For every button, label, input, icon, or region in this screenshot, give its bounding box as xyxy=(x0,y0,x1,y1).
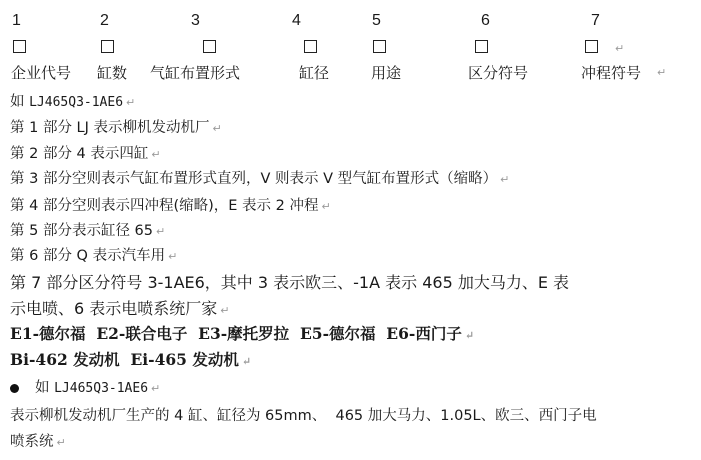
example-line: 如 LJ465Q3-1AE6↵ xyxy=(10,90,135,111)
placeholder-box-3 xyxy=(203,40,216,53)
column-label-6: 区分符号 xyxy=(468,62,528,83)
part-1-text: 第 1 部分 LJ 表示柳机发动机厂 xyxy=(10,120,210,136)
column-label-7: 冲程符号 xyxy=(581,62,641,83)
part-7-line: 第 7 部分区分符号 3-1AE6，其中 3 表示欧三、-1A 表示 465 加… xyxy=(10,270,569,293)
placeholder-box-6 xyxy=(475,40,488,53)
part-5-text: 第 5 部分表示缸径 65 xyxy=(10,223,153,239)
column-number-5: 5 xyxy=(372,12,381,30)
column-number-4: 4 xyxy=(292,12,301,30)
engine-codes-line: Bi-462 发动机 Ei-465 发动机↵ xyxy=(10,348,251,370)
placeholder-box-4 xyxy=(304,40,317,53)
part-2-line: 第 2 部分 4 表示四缸↵ xyxy=(10,142,161,163)
column-label-5: 用途 xyxy=(371,62,401,83)
paragraph-mark-icon: ↵ xyxy=(465,329,474,342)
supplier-codes-line: E1-德尔福 E2-联合电子 E3-摩托罗拉 E5-德尔福 E6-西门子↵ xyxy=(10,322,474,344)
placeholder-box-1 xyxy=(13,40,26,53)
column-number-2: 2 xyxy=(100,12,109,30)
paragraph-mark-icon: ↵ xyxy=(321,200,330,213)
part-1-line: 第 1 部分 LJ 表示柳机发动机厂↵ xyxy=(10,116,222,137)
part-6-text: 第 6 部分 Q 表示汽车用 xyxy=(10,248,165,264)
column-label-2: 缸数 xyxy=(97,62,127,83)
column-label-1: 企业代号 xyxy=(11,62,71,83)
column-label-3: 气缸布置形式 xyxy=(150,62,240,83)
paragraph-mark-icon: ↵ xyxy=(500,173,509,186)
bullet-icon xyxy=(10,384,19,393)
column-number-7: 7 xyxy=(591,12,600,30)
summary-line-continued: 喷系统↵ xyxy=(10,430,66,451)
paragraph-mark-icon: ↵ xyxy=(220,304,229,317)
paragraph-mark-icon: ↵ xyxy=(213,122,222,135)
part-5-line: 第 5 部分表示缸径 65↵ xyxy=(10,219,165,240)
paragraph-mark-icon: ↵ xyxy=(615,42,624,55)
column-label-4: 缸径 xyxy=(299,62,329,83)
part-2-text: 第 2 部分 4 表示四缸 xyxy=(10,146,148,162)
paragraph-mark-icon: ↵ xyxy=(151,148,160,161)
part-7-text-continued: 示电喷、6 表示电喷系统厂家 xyxy=(10,299,217,318)
engine-codes-text: Bi-462 发动机 Ei-465 发动机 xyxy=(10,350,239,369)
part-3-text: 第 3 部分空则表示气缸布置形式直列，V 则表示 V 型气缸布置形式（缩略） xyxy=(10,171,497,187)
paragraph-mark-icon: ↵ xyxy=(168,250,177,263)
example-code: LJ465Q3-1AE6 xyxy=(29,95,123,110)
part-7-line-continued: 示电喷、6 表示电喷系统厂家↵ xyxy=(10,296,230,319)
part-4-line: 第 4 部分空则表示四冲程(缩略)，E 表示 2 冲程↵ xyxy=(10,194,331,215)
paragraph-mark-icon: ↵ xyxy=(151,382,160,395)
part-3-line: 第 3 部分空则表示气缸布置形式直列，V 则表示 V 型气缸布置形式（缩略）↵ xyxy=(10,167,509,188)
supplier-codes-text: E1-德尔福 E2-联合电子 E3-摩托罗拉 E5-德尔福 E6-西门子 xyxy=(10,324,462,343)
column-number-3: 3 xyxy=(191,12,200,30)
part-4-text: 第 4 部分空则表示四冲程(缩略)，E 表示 2 冲程 xyxy=(10,198,318,214)
part-7-text: 第 7 部分区分符号 3-1AE6，其中 3 表示欧三、-1A 表示 465 加… xyxy=(10,273,569,292)
part-6-line: 第 6 部分 Q 表示汽车用↵ xyxy=(10,244,177,265)
example-prefix: 如 xyxy=(35,380,54,396)
paragraph-mark-icon: ↵ xyxy=(156,225,165,238)
column-number-6: 6 xyxy=(481,12,490,30)
paragraph-mark-icon: ↵ xyxy=(57,436,66,449)
summary-line: 表示柳机发动机厂生产的 4 缸、缸径为 65mm、 465 加大马力、1.05L… xyxy=(10,404,597,425)
summary-text-continued: 喷系统 xyxy=(10,434,54,450)
placeholder-box-2 xyxy=(101,40,114,53)
paragraph-mark-icon: ↵ xyxy=(242,355,251,368)
column-number-1: 1 xyxy=(12,12,21,30)
placeholder-box-7 xyxy=(585,40,598,53)
example-prefix: 如 xyxy=(10,94,29,110)
paragraph-mark-icon: ↵ xyxy=(657,66,666,79)
placeholder-box-5 xyxy=(373,40,386,53)
paragraph-mark-icon: ↵ xyxy=(126,96,135,109)
example-code: LJ465Q3-1AE6 xyxy=(54,381,148,396)
bullet-example-line: 如 LJ465Q3-1AE6↵ xyxy=(10,376,160,397)
summary-text: 表示柳机发动机厂生产的 4 缸、缸径为 65mm、 465 加大马力、1.05L… xyxy=(10,408,597,424)
